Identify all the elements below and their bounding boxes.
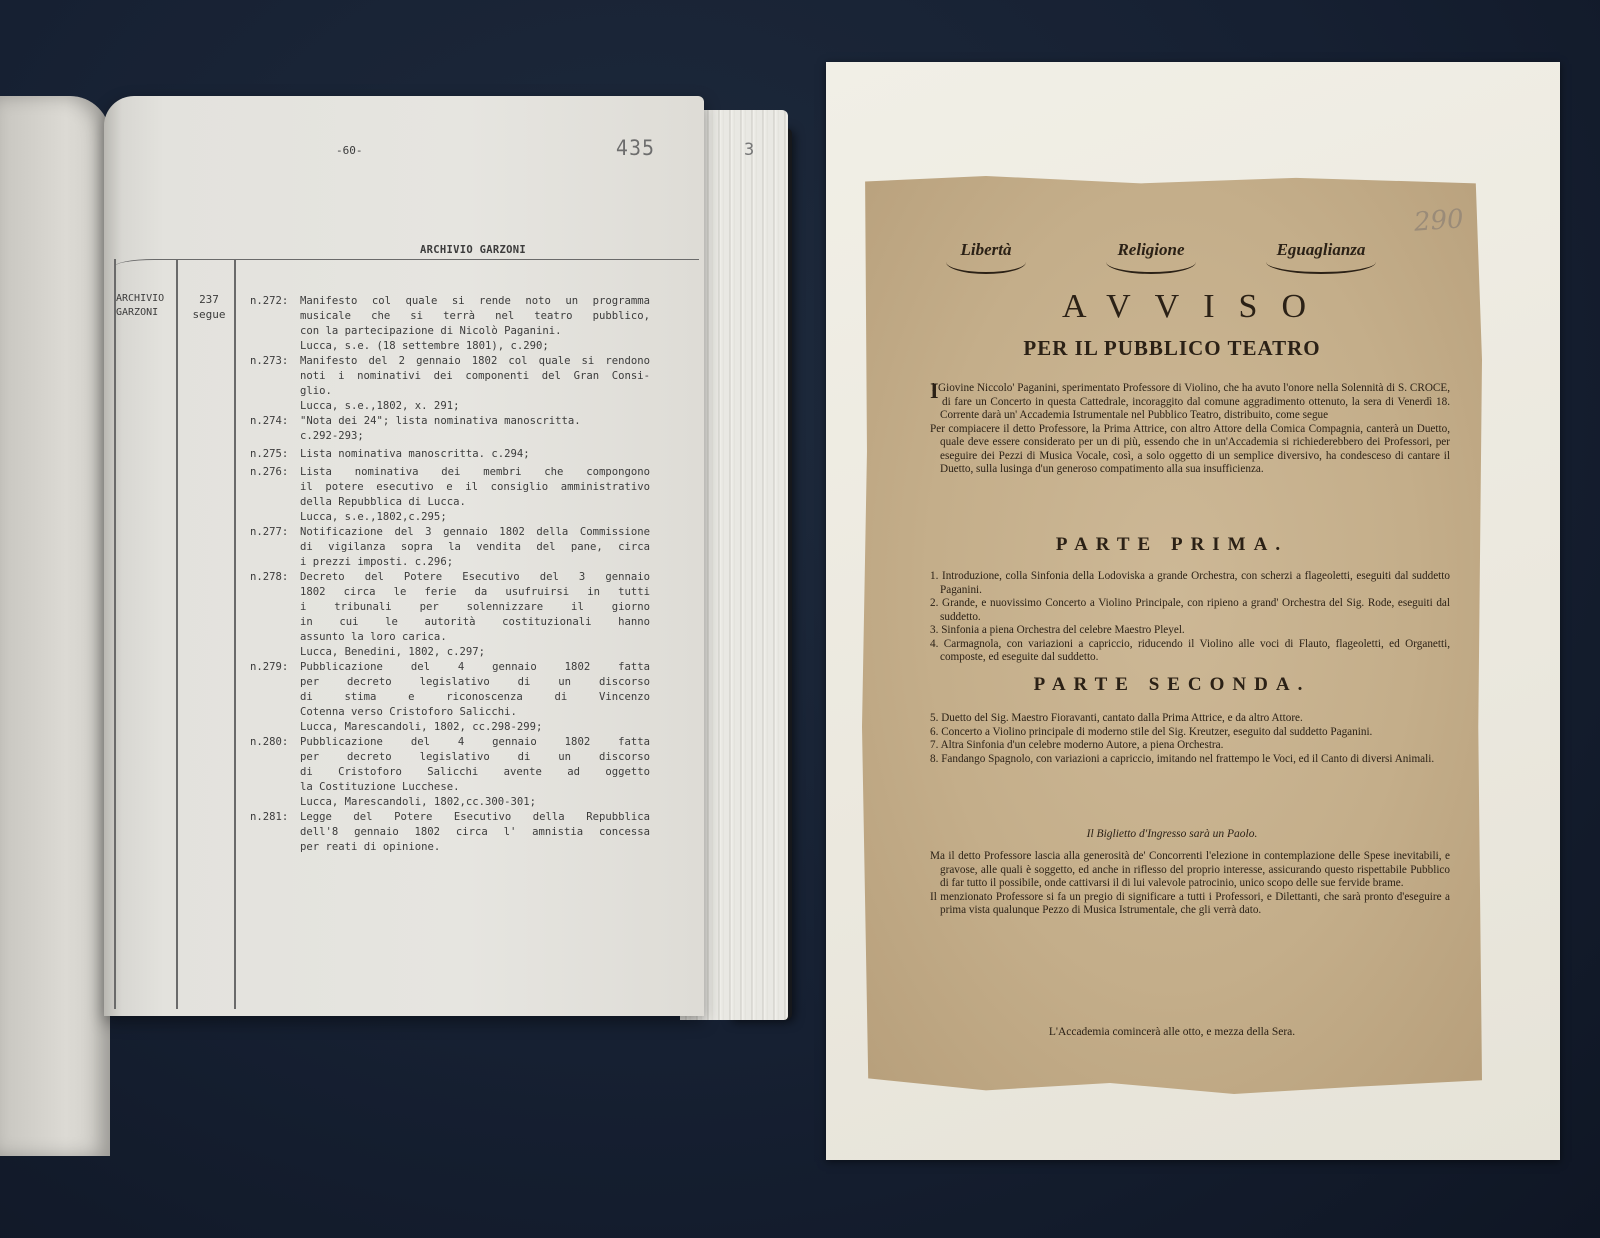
motto-text: Eguaglianza bbox=[1277, 240, 1366, 259]
edge-page-number: 3 bbox=[744, 140, 754, 160]
entry-line: i tribunali per solennizzare il giorno bbox=[300, 600, 650, 615]
entry-line: Lucca, Benedini, 1802, c.297; bbox=[300, 645, 650, 660]
entry-line: Lucca, Marescandoli, 1802, cc.298-299; bbox=[300, 720, 650, 735]
stamped-page-number: 435 bbox=[616, 136, 655, 160]
catalogue-entry: n.280:Pubblicazione del 4 gennaio 1802 f… bbox=[250, 735, 650, 810]
program-item: 8. Fandango Spagnolo, con variazioni a c… bbox=[930, 753, 1450, 767]
entry-line: "Nota dei 24"; lista nominativa manoscri… bbox=[300, 414, 650, 429]
entry-number: n.277: bbox=[250, 525, 300, 570]
entry-description: Pubblicazione del 4 gennaio 1802 fattape… bbox=[300, 660, 650, 735]
inventory-number: 290 bbox=[1413, 204, 1465, 237]
entry-line: c.292-293; bbox=[300, 429, 650, 444]
busta-column: 237 segue bbox=[184, 292, 234, 322]
motto-text: Libertà bbox=[961, 240, 1012, 259]
entry-description: Lista nominativa dei membri che compongo… bbox=[300, 465, 650, 525]
archive-label: GARZONI bbox=[116, 306, 176, 320]
table-column-rule bbox=[114, 259, 116, 1009]
intro-text: l Giovine Niccolo' Paganini, sperimentat… bbox=[932, 382, 1450, 421]
entry-number: n.275: bbox=[250, 447, 300, 462]
entry-number: n.278: bbox=[250, 570, 300, 660]
table-column-rule bbox=[234, 259, 236, 1009]
entry-line: musicale che si terrà nel teatro pubblic… bbox=[300, 309, 650, 324]
entry-line: di Cristoforo Salicchi avente ad oggetto bbox=[300, 765, 650, 780]
catalogue-entry: n.272:Manifesto col quale si rende noto … bbox=[250, 294, 650, 354]
program-item: 3. Sinfonia a piena Orchestra del celebr… bbox=[930, 624, 1450, 638]
program-item: 1. Introduzione, colla Sinfonia della Lo… bbox=[930, 570, 1450, 597]
catalogue-entry: n.277:Notificazione del 3 gennaio 1802 d… bbox=[250, 525, 650, 570]
entry-line: per reati di opinione. bbox=[300, 840, 650, 855]
book-right-page: -60- 435 3 ARCHIVIO GARZONI ARCHIVIO GAR… bbox=[104, 96, 704, 1016]
intro-text-2: Per compiacere il detto Professore, la P… bbox=[930, 423, 1450, 477]
entry-line: per decreto legislativo di un discorso bbox=[300, 675, 650, 690]
entry-description: Legge del Potere Esecutivo della Repubbl… bbox=[300, 810, 650, 855]
entry-line: di stima e riconoscenza di Vincenzo bbox=[300, 690, 650, 705]
entry-number: n.273: bbox=[250, 354, 300, 414]
entry-line: Manifesto col quale si rende noto un pro… bbox=[300, 294, 650, 309]
section-title: ARCHIVIO GARZONI bbox=[420, 244, 526, 256]
poster-title: AVVISO bbox=[862, 288, 1506, 326]
entry-line: della Repubblica di Lucca. bbox=[300, 495, 650, 510]
busta-continued: segue bbox=[184, 307, 234, 322]
entry-line: glio. bbox=[300, 384, 650, 399]
motto-liberta: Libertà bbox=[946, 240, 1026, 274]
entry-line: Lista nominativa manoscritta. c.294; bbox=[300, 447, 650, 462]
entry-number: n.272: bbox=[250, 294, 300, 354]
entry-description: Notificazione del 3 gennaio 1802 della C… bbox=[300, 525, 650, 570]
entry-description: Decreto del Potere Esecutivo del 3 genna… bbox=[300, 570, 650, 660]
entry-line: assunto la loro carica. bbox=[300, 630, 650, 645]
poster-subtitle: PER IL PUBBLICO TEATRO bbox=[862, 336, 1482, 361]
closing-paragraph: Ma il detto Professore lascia alla gener… bbox=[930, 850, 1450, 891]
catalogue-entry: n.281:Legge del Potere Esecutivo della R… bbox=[250, 810, 650, 855]
start-time: L'Accademia comincerà alle otto, e mezza… bbox=[862, 1026, 1482, 1038]
entry-line: di vigilanza sopra la vendita del pane, … bbox=[300, 540, 650, 555]
entry-line: per decreto legislativo di un discorso bbox=[300, 750, 650, 765]
catalogue-entry: n.274:"Nota dei 24"; lista nominativa ma… bbox=[250, 414, 650, 444]
part-two-title: PARTE SECONDA. bbox=[862, 674, 1482, 696]
entry-line: con la partecipazione di Nicolò Paganini… bbox=[300, 324, 650, 339]
motto-eguaglianza: Eguaglianza bbox=[1266, 240, 1376, 274]
poster-mount-board: 290 Libertà Religione Eguaglianza AVVISO… bbox=[826, 62, 1560, 1160]
entry-line: in cui le autorità costituzionali hanno bbox=[300, 615, 650, 630]
entry-line: Lucca, Marescandoli, 1802,cc.300-301; bbox=[300, 795, 650, 810]
catalogue-entry: n.275:Lista nominativa manoscritta. c.29… bbox=[250, 447, 650, 462]
program-item: 2. Grande, e nuovissimo Concerto a Violi… bbox=[930, 597, 1450, 624]
catalogue-entry: n.279:Pubblicazione del 4 gennaio 1802 f… bbox=[250, 660, 650, 735]
entry-description: Manifesto col quale si rende noto un pro… bbox=[300, 294, 650, 354]
brace-ornament-icon bbox=[1106, 262, 1196, 274]
entry-line: Pubblicazione del 4 gennaio 1802 fatta bbox=[300, 735, 650, 750]
entry-number: n.281: bbox=[250, 810, 300, 855]
part-one-title: PARTE PRIMA. bbox=[862, 534, 1482, 556]
avviso-poster: 290 Libertà Religione Eguaglianza AVVISO… bbox=[862, 176, 1482, 1094]
entry-line: Cotenna verso Cristoforo Salicchi. bbox=[300, 705, 650, 720]
motto-religione: Religione bbox=[1106, 240, 1196, 274]
page-number: -60- bbox=[336, 144, 363, 157]
table-top-rule bbox=[114, 259, 699, 270]
program-item: 5. Duetto del Sig. Maestro Fioravanti, c… bbox=[930, 712, 1450, 726]
entry-line: Notificazione del 3 gennaio 1802 della C… bbox=[300, 525, 650, 540]
entry-line: Decreto del Potere Esecutivo del 3 genna… bbox=[300, 570, 650, 585]
entry-line: il potere esecutivo e il consiglio ammin… bbox=[300, 480, 650, 495]
table-column-rule bbox=[176, 259, 178, 1009]
entry-line: Pubblicazione del 4 gennaio 1802 fatta bbox=[300, 660, 650, 675]
entry-line: i prezzi imposti. c.296; bbox=[300, 555, 650, 570]
catalogue-entry: n.273:Manifesto del 2 gennaio 1802 col q… bbox=[250, 354, 650, 414]
entry-line: la Costituzione Lucchese. bbox=[300, 780, 650, 795]
entry-line: 1802 circa le ferie da usufruirsi in tut… bbox=[300, 585, 650, 600]
entry-line: dell'8 gennaio 1802 circa l' amnistia co… bbox=[300, 825, 650, 840]
entry-line: Lista nominativa dei membri che compongo… bbox=[300, 465, 650, 480]
entry-number: n.274: bbox=[250, 414, 300, 444]
book-left-page bbox=[0, 96, 110, 1156]
entry-line: Lucca, s.e. (18 settembre 1801), c.290; bbox=[300, 339, 650, 354]
entry-line: Lucca, s.e.,1802,c.295; bbox=[300, 510, 650, 525]
entry-description: Pubblicazione del 4 gennaio 1802 fattape… bbox=[300, 735, 650, 810]
entry-description: Lista nominativa manoscritta. c.294; bbox=[300, 447, 650, 462]
entry-line: Manifesto del 2 gennaio 1802 col quale s… bbox=[300, 354, 650, 369]
poster-intro: Il Giovine Niccolo' Paganini, sperimenta… bbox=[930, 382, 1450, 477]
closing-paragraph: Il menzionato Professore si fa un pregio… bbox=[930, 891, 1450, 918]
entry-line: Lucca, s.e.,1802, x. 291; bbox=[300, 399, 650, 414]
entry-line: noti i nominativi dei componenti del Gra… bbox=[300, 369, 650, 384]
catalogue-entry: n.276:Lista nominativa dei membri che co… bbox=[250, 465, 650, 525]
part-one-program: 1. Introduzione, colla Sinfonia della Lo… bbox=[930, 570, 1450, 665]
archive-label: ARCHIVIO bbox=[116, 292, 176, 306]
closing-paragraphs: Ma il detto Professore lascia alla gener… bbox=[930, 850, 1450, 918]
brace-ornament-icon bbox=[1266, 262, 1376, 274]
ticket-note: Il Biglietto d'Ingresso sarà un Paolo. bbox=[862, 828, 1482, 840]
catalogue-entries: n.272:Manifesto col quale si rende noto … bbox=[250, 294, 650, 855]
program-item: 7. Altra Sinfonia d'un celebre moderno A… bbox=[930, 739, 1450, 753]
program-item: 4. Carmagnola, con variazioni a capricci… bbox=[930, 638, 1450, 665]
catalogue-entry: n.278:Decreto del Potere Esecutivo del 3… bbox=[250, 570, 650, 660]
entry-number: n.280: bbox=[250, 735, 300, 810]
part-two-program: 5. Duetto del Sig. Maestro Fioravanti, c… bbox=[930, 712, 1450, 766]
busta-number: 237 bbox=[184, 292, 234, 307]
program-item: 6. Concerto a Violino principale di mode… bbox=[930, 726, 1450, 740]
motto-text: Religione bbox=[1117, 240, 1184, 259]
archive-column: ARCHIVIO GARZONI bbox=[116, 292, 176, 320]
entry-line: Legge del Potere Esecutivo della Repubbl… bbox=[300, 810, 650, 825]
brace-ornament-icon bbox=[946, 262, 1026, 274]
entry-number: n.279: bbox=[250, 660, 300, 735]
entry-number: n.276: bbox=[250, 465, 300, 525]
entry-description: "Nota dei 24"; lista nominativa manoscri… bbox=[300, 414, 650, 444]
entry-description: Manifesto del 2 gennaio 1802 col quale s… bbox=[300, 354, 650, 414]
